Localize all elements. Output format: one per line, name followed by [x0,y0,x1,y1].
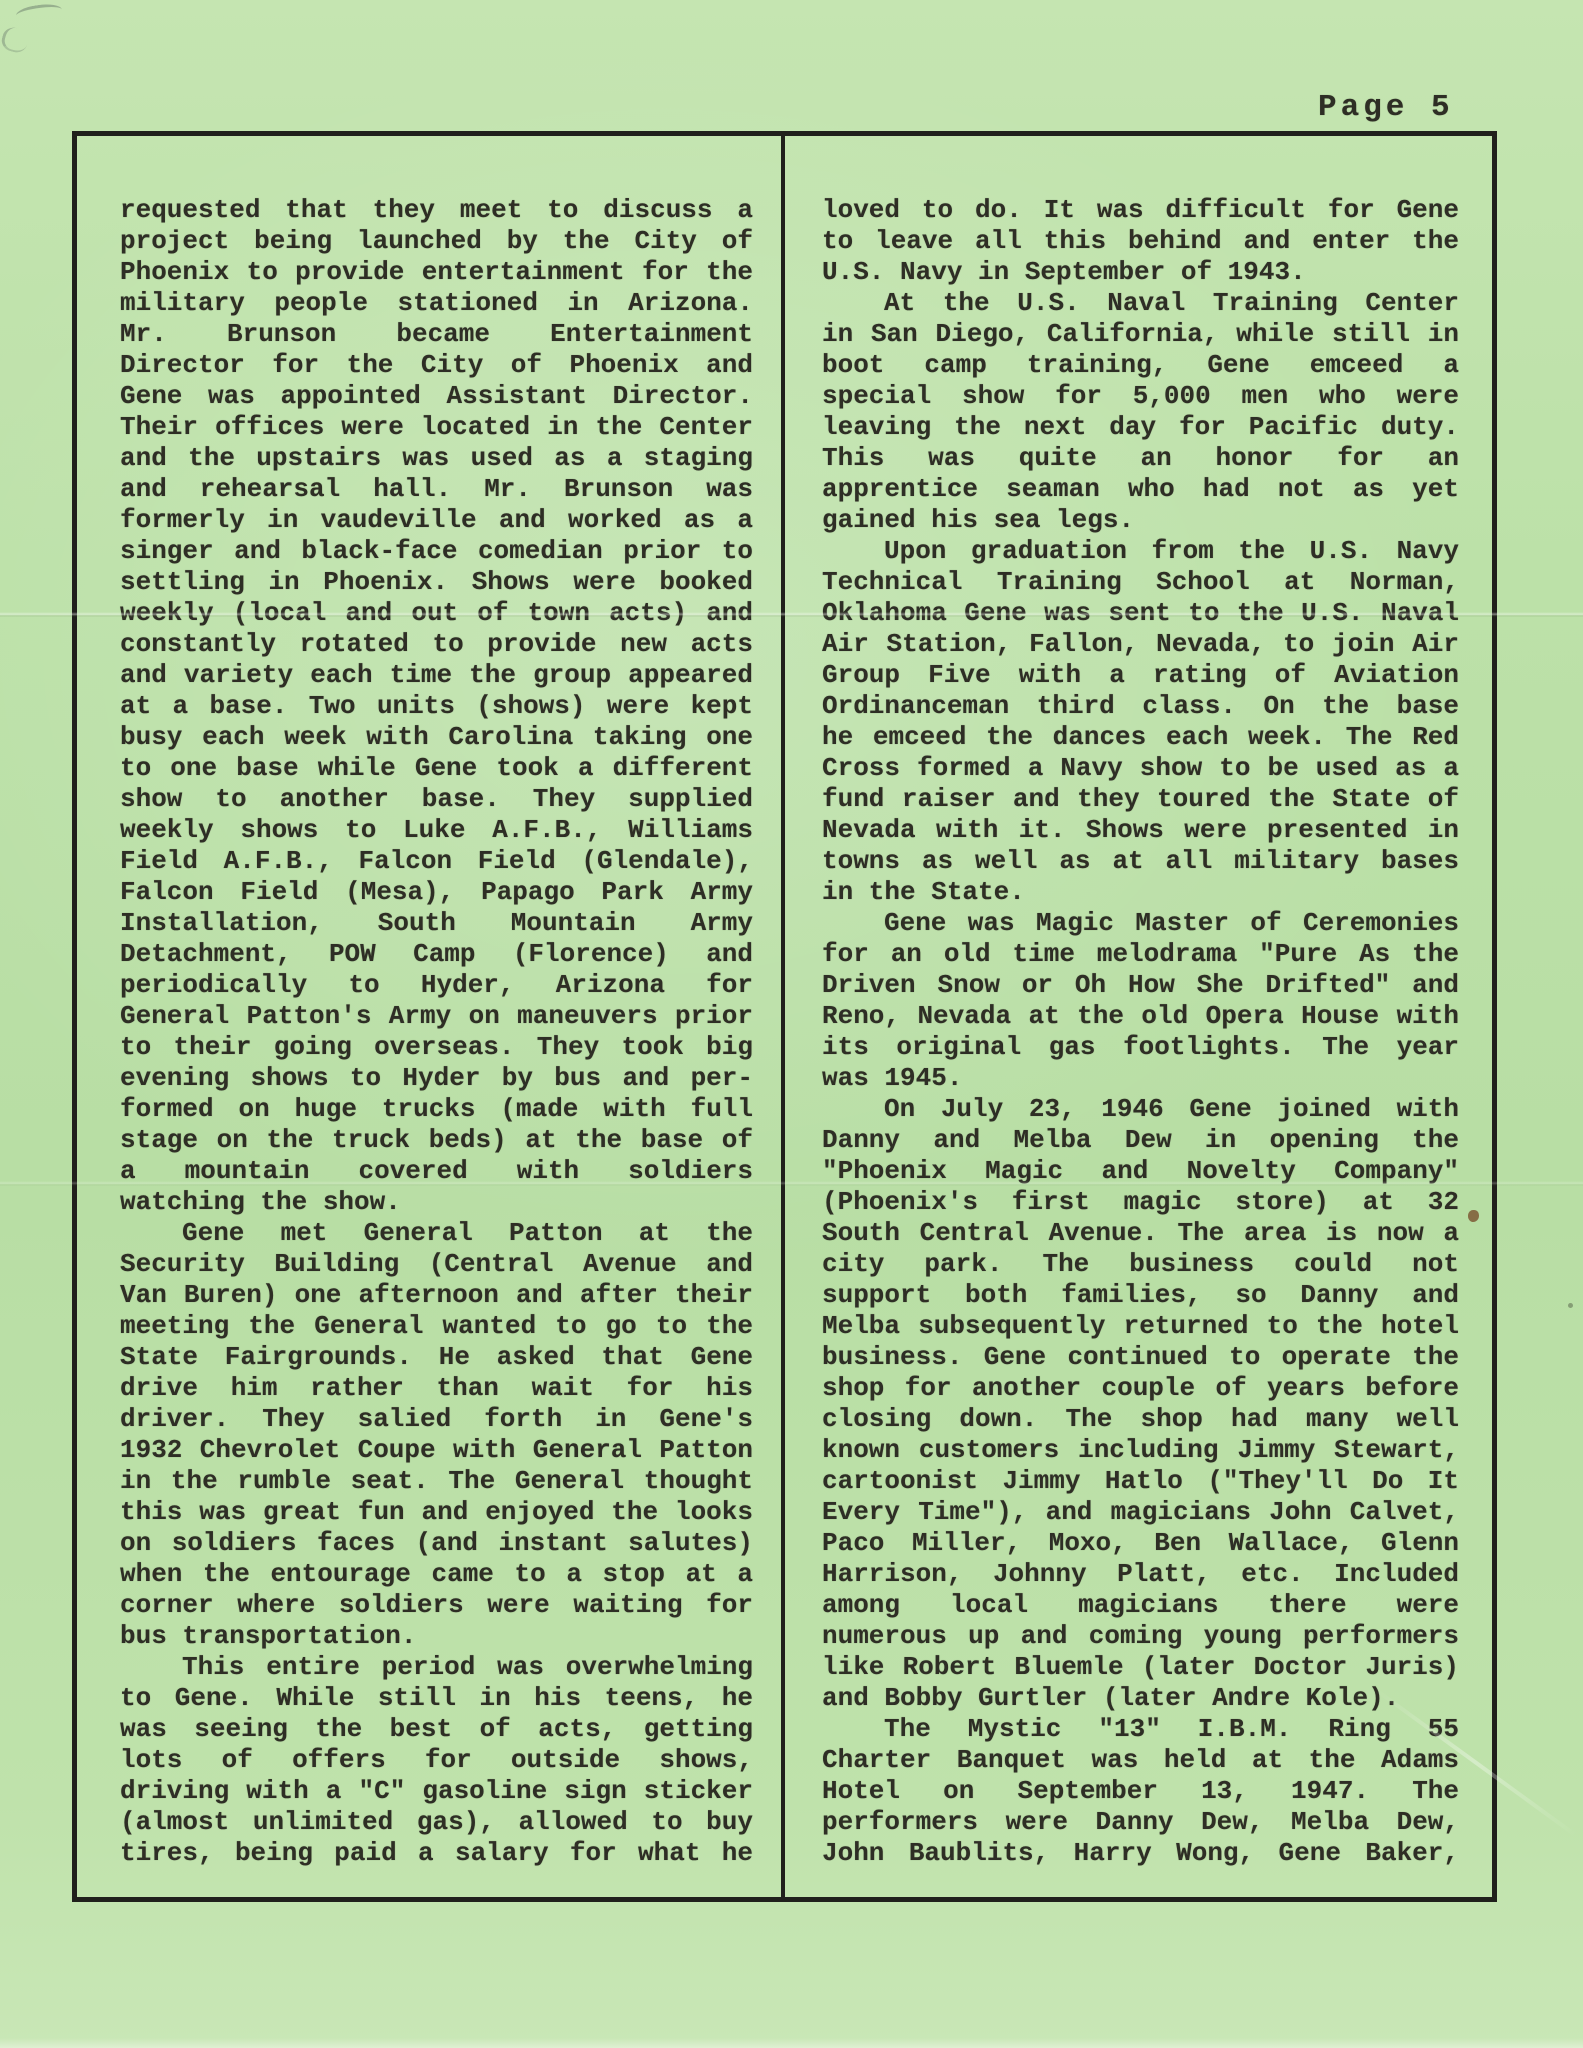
text-line: Their offices were located in the Center [120,412,753,443]
text-line: formerly in vaudeville and worked as a [120,505,753,536]
text-line: weekly (local and out of town acts) and [120,598,753,629]
text-line: Cross formed a Navy show to be used as a [822,753,1459,784]
text-line: "Phoenix Magic and Novelty Company" [822,1156,1459,1187]
text-line: General Patton's Army on maneuvers prior [120,1001,753,1032]
text-line: Charter Banquet was held at the Adams [822,1745,1459,1776]
text-line: numerous up and coming young performers [822,1621,1459,1652]
text-line: Air Station, Fallon, Nevada, to join Air [822,629,1459,660]
text-line: Hotel on September 13, 1947. The [822,1776,1459,1807]
text-line: requested that they meet to discuss a [120,195,753,226]
text-line: South Central Avenue. The area is now a [822,1218,1459,1249]
text-line: formed on huge trucks (made with full [120,1094,753,1125]
text-line: lots of offers for outside shows, [120,1745,753,1776]
text-line: business. Gene continued to operate the [822,1342,1459,1373]
text-line: to their going overseas. They took big [120,1032,753,1063]
text-line: towns as well as at all military bases [822,846,1459,877]
pencil-mark [0,25,31,55]
text-line: to one base while Gene took a different [120,753,753,784]
text-line: The Mystic "13" I.B.M. Ring 55 [822,1714,1459,1745]
text-line: Every Time"), and magicians John Calvet, [822,1497,1459,1528]
paper-speck [1568,1303,1573,1308]
text-line: this was great fun and enjoyed the looks [120,1497,753,1528]
text-line: leaving the next day for Pacific duty. [822,412,1459,443]
text-line: At the U.S. Naval Training Center [822,288,1459,319]
text-line: John Baublits, Harry Wong, Gene Baker, [822,1838,1459,1869]
text-line: Phoenix to provide entertainment for the [120,257,753,288]
column-left: requested that they meet to discuss apro… [77,136,781,1897]
text-line: Danny and Melba Dew in opening the [822,1125,1459,1156]
text-line: known customers including Jimmy Stewart, [822,1435,1459,1466]
text-line: This entire period was overwhelming [120,1652,753,1683]
text-line: (almost unlimited gas), allowed to buy [120,1807,753,1838]
text-line: to leave all this behind and enter the [822,226,1459,257]
paper-edge-highlight [0,2038,1583,2048]
text-line: constantly rotated to provide new acts [120,629,753,660]
text-line: Nevada with it. Shows were presented in [822,815,1459,846]
text-line: Upon graduation from the U.S. Navy [822,536,1459,567]
text-line: cartoonist Jimmy Hatlo ("They'll Do It [822,1466,1459,1497]
text-line: and Bobby Gurtler (later Andre Kole). [822,1683,1459,1714]
text-line: Melba subsequently returned to the hotel [822,1311,1459,1342]
text-line: project being launched by the City of [120,226,753,257]
text-line: when the entourage came to a stop at a [120,1559,753,1590]
page-number: Page 5 [1318,90,1454,125]
pencil-mark [15,1,63,23]
text-line: was seeing the best of acts, getting [120,1714,753,1745]
text-line: like Robert Bluemle (later Doctor Juris) [822,1652,1459,1683]
text-line: (Phoenix's first magic store) at 32 [822,1187,1459,1218]
text-line: Oklahoma Gene was sent to the U.S. Naval [822,598,1459,629]
text-line: Paco Miller, Moxo, Ben Wallace, Glenn [822,1528,1459,1559]
text-line: Van Buren) one afternoon and after their [120,1280,753,1311]
text-line: in the rumble seat. The General thought [120,1466,753,1497]
text-line: its original gas footlights. The year [822,1032,1459,1063]
column-right: loved to do. It was difficult for Geneto… [785,136,1492,1897]
text-line: Director for the City of Phoenix and [120,350,753,381]
text-line: closing down. The shop had many well [822,1404,1459,1435]
text-line: State Fairgrounds. He asked that Gene [120,1342,753,1373]
text-line: 1932 Chevrolet Coupe with General Patton [120,1435,753,1466]
text-line: Detachment, POW Camp (Florence) and [120,939,753,970]
article-frame: requested that they meet to discuss apro… [72,131,1497,1902]
text-line: was 1945. [822,1063,1459,1094]
text-line: periodically to Hyder, Arizona for [120,970,753,1001]
text-line: he emceed the dances each week. The Red [822,722,1459,753]
text-line: Security Building (Central Avenue and [120,1249,753,1280]
text-line: Installation, South Mountain Army [120,908,753,939]
text-line: watching the show. [120,1187,753,1218]
text-line: stage on the truck beds) at the base of [120,1125,753,1156]
text-line: This was quite an honor for an [822,443,1459,474]
text-line: bus transportation. [120,1621,753,1652]
text-line: U.S. Navy in September of 1943. [822,257,1459,288]
text-line: Falcon Field (Mesa), Papago Park Army [120,877,753,908]
text-line: evening shows to Hyder by bus and per- [120,1063,753,1094]
text-line: a mountain covered with soldiers [120,1156,753,1187]
text-line: singer and black-face comedian prior to [120,536,753,567]
text-line: to Gene. While still in his teens, he [120,1683,753,1714]
text-line: Driven Snow or Oh How She Drifted" and [822,970,1459,1001]
text-line: gained his sea legs. [822,505,1459,536]
text-line: and the upstairs was used as a staging [120,443,753,474]
text-line: Reno, Nevada at the old Opera House with [822,1001,1459,1032]
text-line: city park. The business could not [822,1249,1459,1280]
text-line: on soldiers faces (and instant salutes) [120,1528,753,1559]
text-line: driver. They salied forth in Gene's [120,1404,753,1435]
text-line: Gene met General Patton at the [120,1218,753,1249]
text-line: Gene was Magic Master of Ceremonies [822,908,1459,939]
text-line: for an old time melodrama "Pure As the [822,939,1459,970]
text-line: show to another base. They supplied [120,784,753,815]
text-line: meeting the General wanted to go to the [120,1311,753,1342]
text-line: Ordinanceman third class. On the base [822,691,1459,722]
text-line: Group Five with a rating of Aviation [822,660,1459,691]
text-line: special show for 5,000 men who were [822,381,1459,412]
text-line: Harrison, Johnny Platt, etc. Included [822,1559,1459,1590]
text-line: Mr. Brunson became Entertainment [120,319,753,350]
text-line: in the State. [822,877,1459,908]
text-line: at a base. Two units (shows) were kept [120,691,753,722]
text-line: boot camp training, Gene emceed a [822,350,1459,381]
text-line: corner where soldiers were waiting for [120,1590,753,1621]
text-line: in San Diego, California, while still in [822,319,1459,350]
scanned-newsletter-page: { "header": { "page_label": "Page 5" }, … [0,0,1583,2048]
text-line: tires, being paid a salary for what he [120,1838,753,1869]
text-line: apprentice seaman who had not as yet [822,474,1459,505]
text-line: and rehearsal hall. Mr. Brunson was [120,474,753,505]
text-line: driving with a "C" gasoline sign sticker [120,1776,753,1807]
text-line: Field A.F.B., Falcon Field (Glendale), [120,846,753,877]
text-line: busy each week with Carolina taking one [120,722,753,753]
text-line: shop for another couple of years before [822,1373,1459,1404]
text-line: On July 23, 1946 Gene joined with [822,1094,1459,1125]
text-line: drive him rather than wait for his [120,1373,753,1404]
text-line: among local magicians there were [822,1590,1459,1621]
text-line: and variety each time the group appeared [120,660,753,691]
text-line: Technical Training School at Norman, [822,567,1459,598]
text-line: settling in Phoenix. Shows were booked [120,567,753,598]
text-line: fund raiser and they toured the State of [822,784,1459,815]
text-line: loved to do. It was difficult for Gene [822,195,1459,226]
text-line: performers were Danny Dew, Melba Dew, [822,1807,1459,1838]
text-line: support both families, so Danny and [822,1280,1459,1311]
text-line: Gene was appointed Assistant Director. [120,381,753,412]
text-line: weekly shows to Luke A.F.B., Williams [120,815,753,846]
text-line: military people stationed in Arizona. [120,288,753,319]
